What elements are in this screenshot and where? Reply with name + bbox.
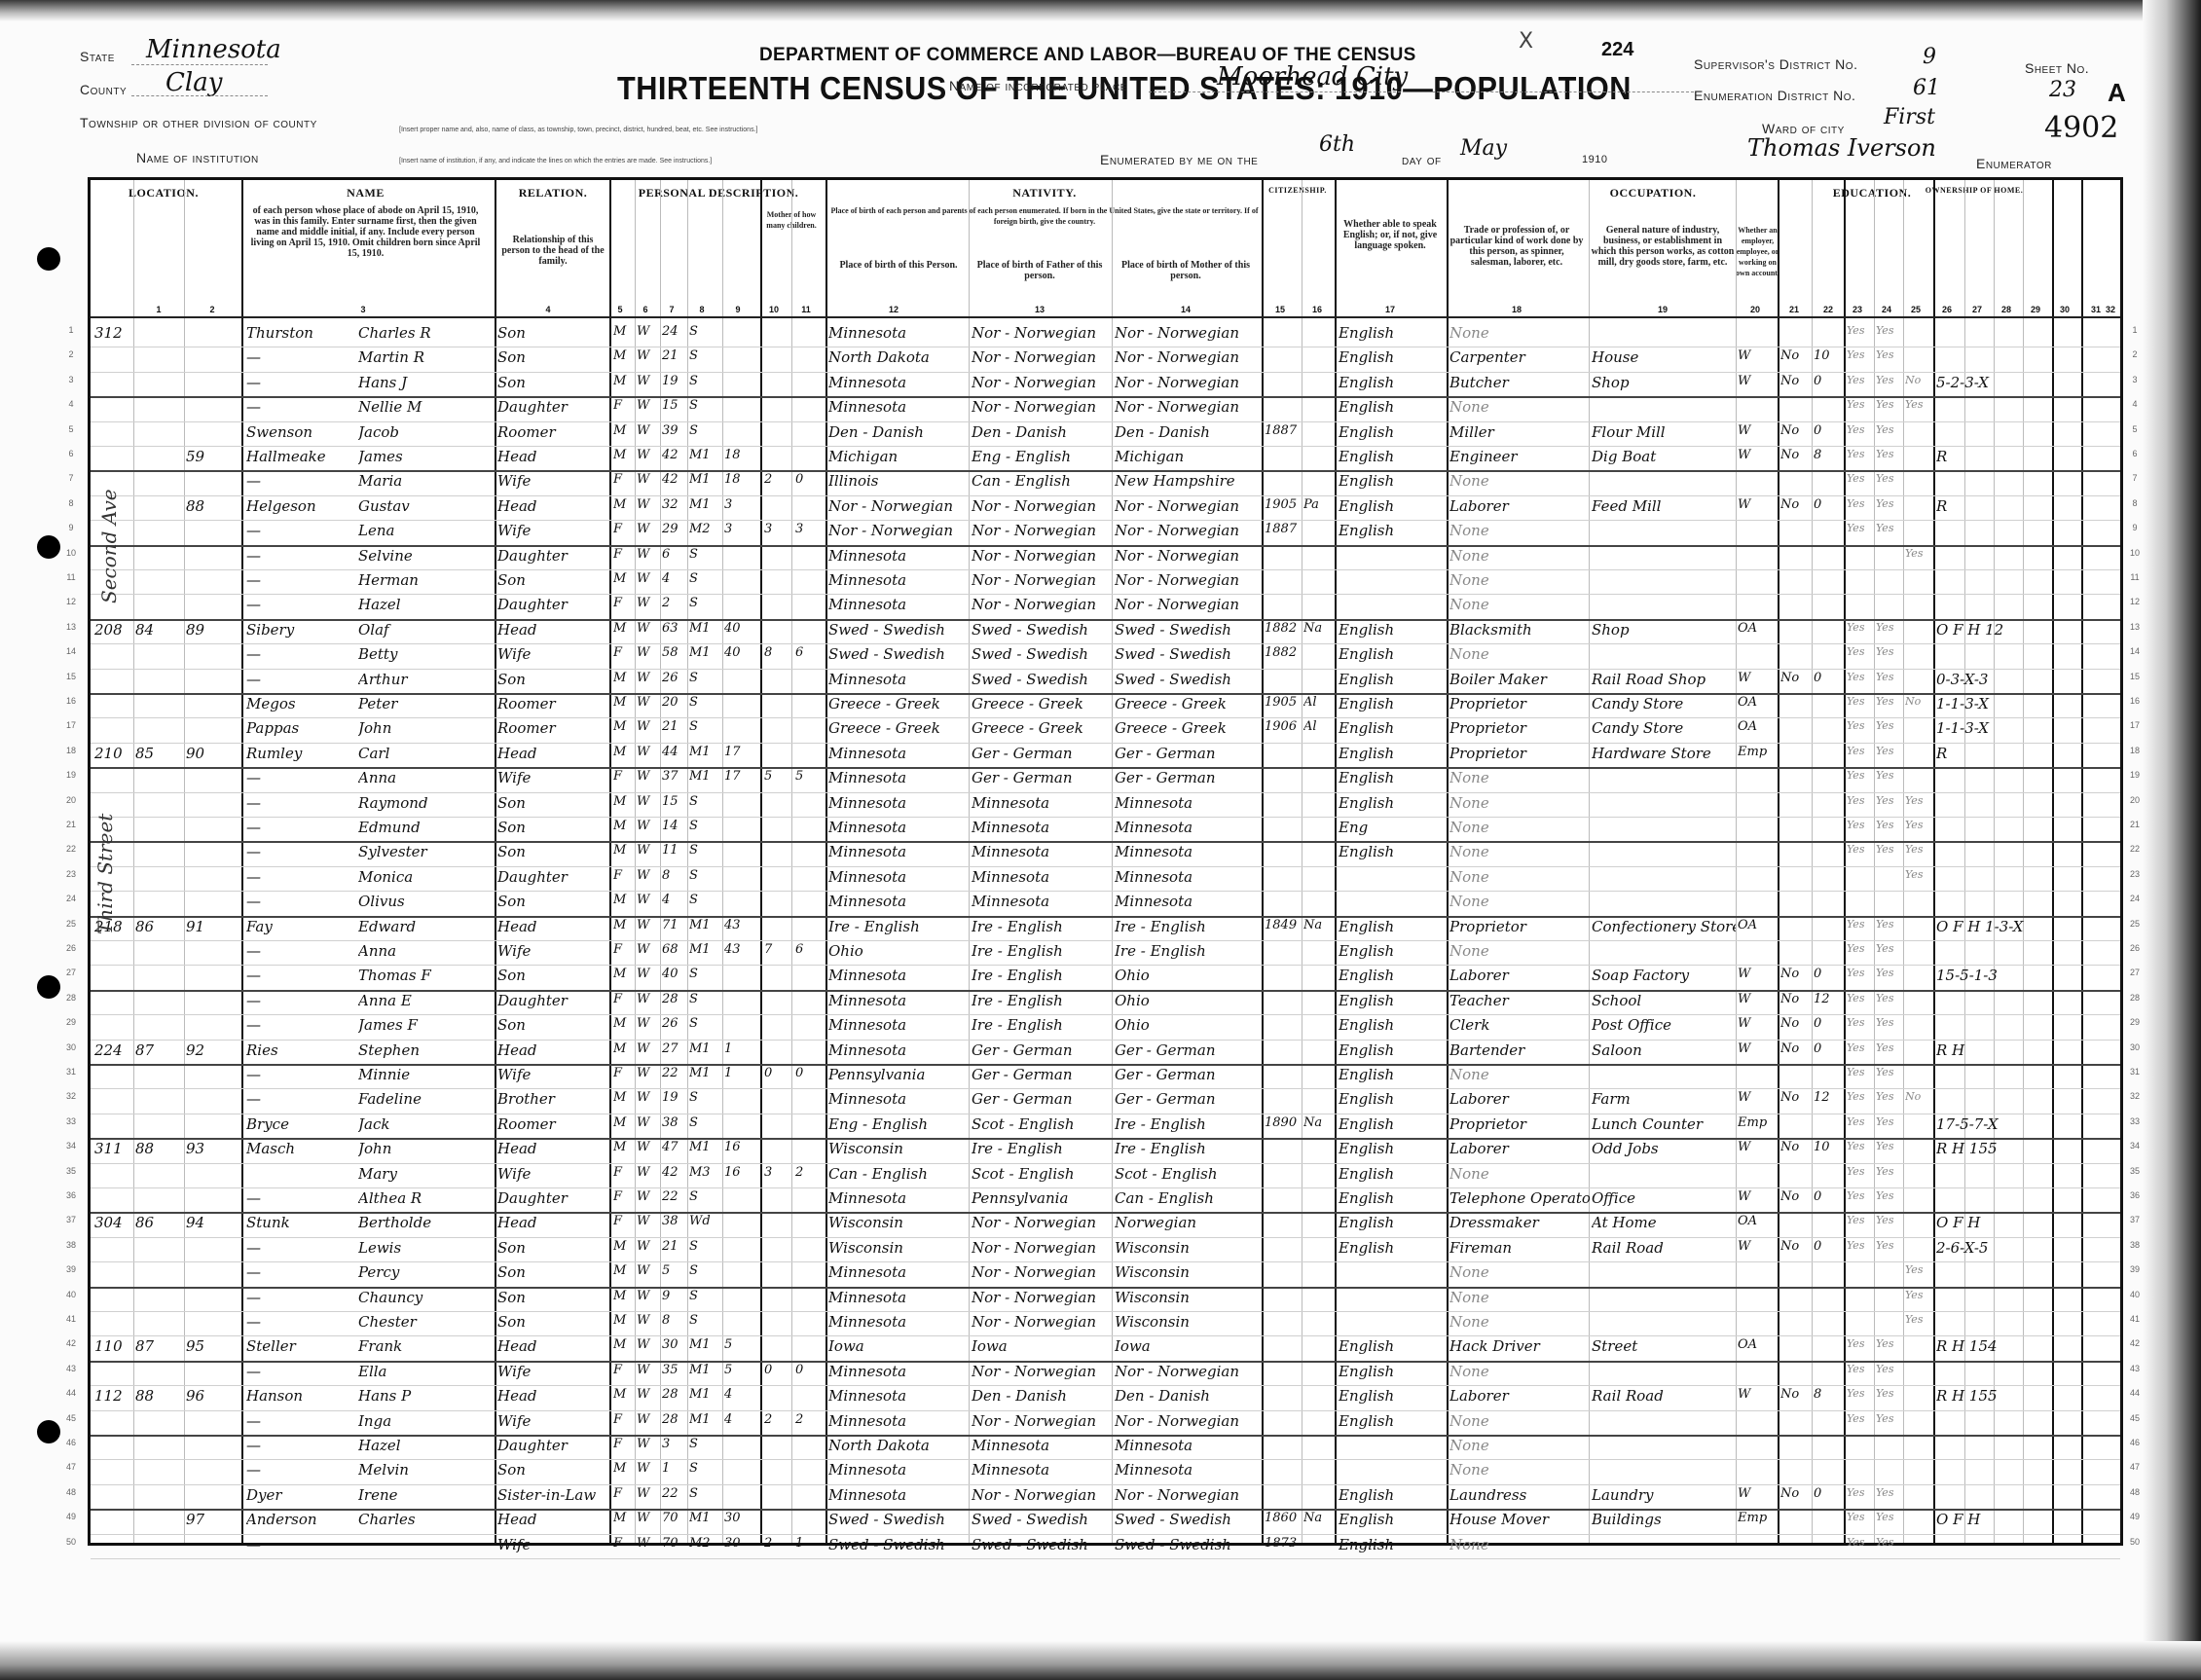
cell-bpm: Den - Danish [1115,423,1261,441]
cell-age: 32 [662,497,687,512]
line-number: 16 [60,696,82,706]
cell-oow: No [1780,1090,1812,1105]
margin-note-street-2: Third Street [93,814,117,934]
cell-surname: Pappas [246,719,358,737]
cell-own: R [1936,497,2043,515]
cell-trade: Bartender [1449,1041,1590,1059]
cell-race: W [637,1412,660,1427]
table-row: —James FSonMW26SMinnesotaIre - EnglishOh… [91,1014,2120,1039]
cell-age: 28 [662,992,687,1006]
cell-bp: Minnesota [828,671,970,688]
line-number: 49 [60,1512,82,1521]
cell-read: Yes [1847,695,1874,708]
language-header: Whether able to speak English; or, if no… [1337,219,1444,251]
table-row: —ChesterSonMW8SMinnesotaNor - NorwegianW… [91,1311,2120,1335]
cell-relation: Son [497,571,609,589]
cell-sex: M [613,324,635,339]
cell-relation: Head [497,1387,609,1405]
cell-bpm: Swed - Swedish [1115,621,1261,639]
table-row: SwensonJacobRoomerMW39SDen - DanishDen -… [91,421,2120,446]
cell-oow: No [1780,1140,1812,1154]
cell-age: 6 [662,547,687,562]
cell-bpf: Minnesota [972,843,1113,860]
cell-marital: S [689,596,722,610]
table-row: —ArthurSonMW26SMinnesotaSwed - SwedishSw… [91,669,2120,693]
cell-relation: Son [497,1016,609,1034]
cell-bp: Eng - English [828,1115,970,1133]
cell-bpf: Pennsylvania [972,1189,1113,1207]
cell-given: Sylvester [358,843,490,860]
table-row: —AnnaWifeFW68M14376OhioIre - EnglishIre … [91,940,2120,965]
line-number: 17 [60,720,82,730]
cell-given: Peter [358,695,490,712]
cell-relation: Daughter [497,547,609,565]
cell-trade: Proprietor [1449,719,1590,737]
cell-marital: S [689,423,722,438]
cell-marital: S [689,1486,722,1501]
cell-surname: Fay [246,918,358,935]
cell-read: Yes [1847,1214,1874,1226]
cell-relation: Wife [497,522,609,539]
cell-imm: 1887 [1265,522,1302,536]
cell-yrs: 4 [724,1387,759,1402]
cell-bpm: Can - English [1115,1189,1261,1207]
cell-marital: M1 [689,1363,722,1377]
cell-own: 0-3-X-3 [1936,671,2043,688]
cell-race: W [637,769,660,784]
cell-bpm: Wisconsin [1115,1289,1261,1306]
cell-marital: S [689,1263,722,1278]
cell-yrs: 40 [724,645,759,660]
cell-house: 304 [94,1214,133,1231]
cell-oow: No [1780,374,1812,388]
table-row: 1128896HansonHans PHeadMW28M14MinnesotaD… [91,1385,2120,1409]
cell-bpf: Nor - Norwegian [972,596,1113,613]
state-value: Minnesota [146,35,281,64]
line-number: 11 [2124,572,2146,582]
cell-given: Chester [358,1313,490,1331]
cell-sex: M [613,571,635,586]
birth-person-header: Place of birth of this Person. [830,260,967,271]
cell-sex: M [613,719,635,734]
column-number: 22 [1818,305,1838,314]
cell-age: 22 [662,1066,687,1080]
census-sheet: State Minnesota County Clay Township or … [0,0,2201,1680]
column-number: 17 [1380,305,1400,314]
cell-emp: W [1738,497,1777,512]
cell-relation: Son [497,1461,609,1479]
cell-own: R H 155 [1936,1387,2043,1405]
cell-surname: Thurston [246,324,358,342]
line-number: 6 [60,449,82,458]
cell-imm: 1882 [1265,645,1302,660]
line-number: 15 [60,672,82,681]
cell-marital: S [689,1461,722,1476]
cell-sex: M [613,695,635,710]
cell-dwelling: 87 [135,1337,184,1355]
cell-trade: Teacher [1449,992,1590,1009]
cell-surname: — [246,893,358,910]
cell-trade: Miller [1449,423,1590,441]
cell-marital: S [689,398,722,413]
cell-race: W [637,596,660,610]
cell-industry: Candy Store [1592,695,1736,712]
line-number: 29 [2124,1017,2146,1027]
cell-lang: English [1339,448,1446,465]
cell-marital: M1 [689,1140,722,1154]
cell-imm: 1882 [1265,621,1302,636]
cell-bpf: Swed - Swedish [972,645,1113,663]
enumerated-month: May [1460,136,1507,161]
cell-bp: Minnesota [828,893,970,910]
cell-house: 210 [94,745,133,762]
cell-sex: F [613,398,635,413]
cell-industry: Office [1592,1189,1736,1207]
cell-age: 44 [662,745,687,759]
table-row: —SylvesterSonMW11SMinnesotaMinnesotaMinn… [91,841,2120,865]
cell-age: 42 [662,448,687,462]
line-number: 20 [2124,795,2146,805]
cell-write: Yes [1876,1041,1903,1054]
section-citizenship: CITIZENSHIP. [1264,186,1332,195]
cell-age: 21 [662,1239,687,1254]
cell-imm: 1906 [1265,719,1302,734]
cell-relation: Wife [497,1412,609,1430]
cell-marital: M1 [689,1066,722,1080]
cell-age: 40 [662,967,687,981]
table-row: 1108795StellerFrankHeadMW30M15IowaIowaIo… [91,1335,2120,1360]
cell-sex: M [613,1313,635,1328]
cell-bp: Wisconsin [828,1214,970,1231]
cell-lang: English [1339,522,1446,539]
line-number: 34 [2124,1141,2146,1150]
line-number: 16 [2124,696,2146,706]
cell-surname: — [246,1239,358,1257]
line-number: 14 [2124,646,2146,656]
cell-yrs: 43 [724,942,759,957]
line-number: 10 [60,548,82,558]
cell-age: 70 [662,1511,687,1525]
cell-read: Yes [1847,621,1874,634]
cell-surname: Anderson [246,1511,358,1528]
cell-sex: F [613,868,635,883]
cell-bpf: Ire - English [972,918,1113,935]
cell-bp: Minnesota [828,1412,970,1430]
cell-sex: M [613,1387,635,1402]
cell-living: 6 [795,942,825,957]
cell-bpf: Nor - Norwegian [972,1289,1113,1306]
cell-family: 96 [186,1387,237,1405]
cell-age: 21 [662,719,687,734]
cell-emp: W [1738,967,1777,981]
line-number: 2 [60,349,82,359]
cell-emp: W [1738,1239,1777,1254]
cell-write: Yes [1876,942,1903,955]
cell-industry: Dig Boat [1592,448,1736,465]
line-number: 19 [2124,770,2146,780]
cell-emp: W [1738,448,1777,462]
cell-race: W [637,1387,660,1402]
cell-bp: Minnesota [828,547,970,565]
cell-marital: S [689,843,722,858]
cell-sex: M [613,1511,635,1525]
cell-industry: Post Office [1592,1016,1736,1034]
cell-bpf: Ire - English [972,992,1113,1009]
cell-emp: W [1738,1189,1777,1204]
cell-bpm: Michigan [1115,448,1261,465]
cell-bp: Minnesota [828,398,970,416]
cell-wks: 12 [1814,992,1843,1006]
relation-column-header: Relationship of this person to the head … [499,235,606,267]
cell-race: W [637,522,660,536]
cell-wks: 0 [1814,1486,1843,1501]
line-number: 15 [2124,672,2146,681]
industry-header: General nature of industry, business, or… [1590,225,1736,268]
cell-relation: Head [497,1337,609,1355]
enumerator-name: Thomas Iverson [1747,134,1936,162]
cell-sex: F [613,1536,635,1551]
cell-nat: Pa [1303,497,1333,512]
cell-industry: Rail Road [1592,1239,1736,1257]
cell-surname: — [246,348,358,366]
cell-write: Yes [1876,719,1903,732]
cell-race: W [637,843,660,858]
cell-bp: Minnesota [828,1387,970,1405]
cell-bp: North Dakota [828,1437,970,1454]
cell-school: No [1905,1090,1932,1103]
county-line [131,95,268,96]
cell-bpm: Nor - Norwegian [1115,1486,1261,1504]
table-row: DyerIreneSister-in-LawFW22SMinnesotaNor … [91,1484,2120,1509]
cell-yrs: 18 [724,448,759,462]
cell-surname: Dyer [246,1486,358,1504]
cell-wks: 10 [1814,348,1843,363]
cell-industry: Lunch Counter [1592,1115,1736,1133]
cell-bpm: Swed - Swedish [1115,671,1261,688]
table-row: —Hans JSonMW19SMinnesotaNor - NorwegianN… [91,372,2120,396]
cell-bpf: Swed - Swedish [972,621,1113,639]
cell-born: 0 [764,1363,793,1377]
cell-read: Yes [1847,1363,1874,1375]
line-number: 28 [60,993,82,1003]
cell-nat: Na [1303,1115,1333,1130]
cell-given: Maria [358,472,490,490]
cell-bpm: Wisconsin [1115,1313,1261,1331]
line-number: 31 [60,1067,82,1077]
cell-lang: English [1339,645,1446,663]
cell-race: W [637,1041,660,1056]
cell-own: 1-1-3-X [1936,695,2043,712]
cell-wks: 0 [1814,967,1843,981]
cell-wks: 0 [1814,1041,1843,1056]
line-number: 7 [60,473,82,483]
cell-yrs: 3 [724,497,759,512]
cell-bpf: Swed - Swedish [972,1536,1113,1553]
cell-trade: None [1449,1289,1590,1306]
cell-bpm: Ger - German [1115,1041,1261,1059]
table-row: —RaymondSonMW15SMinnesotaMinnesotaMinnes… [91,792,2120,817]
cell-age: 4 [662,893,687,907]
cell-trade: None [1449,522,1590,539]
cell-living: 0 [795,1066,825,1080]
cell-trade: None [1449,547,1590,565]
cell-lang: English [1339,942,1446,960]
cell-emp: OA [1738,719,1777,734]
cell-relation: Wife [497,1363,609,1380]
cell-relation: Daughter [497,596,609,613]
cell-bpf: Nor - Norwegian [972,547,1113,565]
cell-industry: Flour Mill [1592,423,1736,441]
cell-bpm: Minnesota [1115,868,1261,886]
cell-family: 90 [186,745,237,762]
cell-lang: English [1339,1412,1446,1430]
line-number: 22 [60,844,82,854]
cell-age: 15 [662,398,687,413]
line-number: 48 [60,1487,82,1497]
table-row: —AnnaWifeFW37M11755MinnesotaGer - German… [91,767,2120,791]
cell-given: John [358,719,490,737]
cell-read: Yes [1847,745,1874,757]
cell-bpf: Den - Danish [972,423,1113,441]
header-divider [91,316,2120,318]
line-number: 8 [2124,498,2146,508]
cell-bp: Minnesota [828,324,970,342]
cell-bpf: Iowa [972,1337,1113,1355]
table-row: —HazelDaughterFW2SMinnesotaNor - Norwegi… [91,594,2120,618]
cell-yrs: 16 [724,1165,759,1180]
cell-age: 22 [662,1486,687,1501]
table-row: 88HelgesonGustavHeadMW32M13Nor - Norwegi… [91,495,2120,520]
cell-surname: Steller [246,1337,358,1355]
cell-emp: W [1738,348,1777,363]
cell-emp: OA [1738,918,1777,932]
cell-trade: Proprietor [1449,1115,1590,1133]
table-row: 3118893MaschJohnHeadMW47M116WisconsinIre… [91,1138,2120,1162]
cell-surname: — [246,1016,358,1034]
cell-surname: Stunk [246,1214,358,1231]
table-row: —Anna EDaughterFW28SMinnesotaIre - Engli… [91,990,2120,1014]
line-number: 23 [60,869,82,879]
line-number: 33 [2124,1116,2146,1126]
cell-write: Yes [1876,992,1903,1004]
cell-bp: Minnesota [828,868,970,886]
line-number: 46 [2124,1438,2146,1447]
incorporated-place-line [1149,91,1694,92]
cell-age: 27 [662,1041,687,1056]
cell-race: W [637,571,660,586]
cell-age: 2 [662,596,687,610]
cell-read: Yes [1847,942,1874,955]
cell-bpf: Scot - English [972,1165,1113,1183]
cell-write: Yes [1876,1536,1903,1549]
cell-lang: English [1339,1041,1446,1059]
table-row: —HermanSonMW4SMinnesotaNor - NorwegianNo… [91,569,2120,594]
cell-sex: F [613,1486,635,1501]
cell-industry: Feed Mill [1592,497,1736,515]
cell-bpm: Scot - English [1115,1165,1261,1183]
cell-bp: Swed - Swedish [828,1536,970,1553]
cell-bpf: Ire - English [972,1016,1113,1034]
cell-write: Yes [1876,374,1903,386]
cell-oow: No [1780,992,1812,1006]
table-row: —MelvinSonMW1SMinnesotaMinnesotaMinnesot… [91,1459,2120,1483]
cell-read: Yes [1847,1536,1874,1549]
cell-marital: S [689,1239,722,1254]
cell-surname: Bryce [246,1115,358,1133]
cell-race: W [637,348,660,363]
cell-age: 42 [662,1165,687,1180]
cell-sex: F [613,1189,635,1204]
cell-bpf: Nor - Norwegian [972,374,1113,391]
cell-race: W [637,472,660,487]
cell-lang: English [1339,1511,1446,1528]
cell-relation: Son [497,1263,609,1281]
line-number: 5 [60,424,82,434]
column-number: 7 [662,305,681,314]
line-number: 18 [60,746,82,755]
binder-hole [37,247,60,271]
cell-read: Yes [1847,645,1874,658]
cell-bp: Minnesota [828,967,970,984]
cell-bpf: Nor - Norwegian [972,1239,1113,1257]
cell-bp: Minnesota [828,596,970,613]
cell-bp: Greece - Greek [828,695,970,712]
cell-surname: Swenson [246,423,358,441]
cell-read: Yes [1847,819,1874,831]
cell-bpf: Nor - Norwegian [972,398,1113,416]
cell-industry: Candy Store [1592,719,1736,737]
margin-note-street-1: Second Ave [97,489,121,603]
cell-age: 28 [662,1387,687,1402]
cell-given: Stephen [358,1041,490,1059]
cell-imm: 1905 [1265,497,1302,512]
cell-yrs: 5 [724,1363,759,1377]
cell-race: W [637,745,660,759]
cell-bp: Swed - Swedish [828,1511,970,1528]
cell-given: Thomas F [358,967,490,984]
cell-surname: — [246,868,358,886]
cell-wks: 8 [1814,1387,1843,1402]
binder-hole [37,975,60,999]
table-row: MegosPeterRoomerMW20SGreece - GreekGreec… [91,693,2120,717]
cell-bpm: Greece - Greek [1115,695,1261,712]
cell-wks: 0 [1814,1239,1843,1254]
cell-lang: English [1339,1387,1446,1405]
cell-lang: English [1339,745,1446,762]
cell-marital: M1 [689,1511,722,1525]
cell-imm: 1905 [1265,695,1302,710]
cell-age: 3 [662,1437,687,1451]
line-number: 28 [2124,993,2146,1003]
sheet-label: Sheet No. [2025,60,2089,76]
cell-school: No [1905,695,1932,708]
cell-given: Nellie M [358,398,490,416]
cell-wks: 0 [1814,374,1843,388]
cell-age: 8 [662,868,687,883]
line-number: 35 [60,1166,82,1176]
cell-surname: Hallmeake [246,448,358,465]
line-number: 47 [60,1462,82,1472]
cell-given: Bertholde [358,1214,490,1231]
cell-lang: Eng [1339,819,1446,836]
cell-lang: English [1339,1337,1446,1355]
cell-emp: W [1738,423,1777,438]
cell-bpm: Nor - Norwegian [1115,374,1261,391]
cell-read: Yes [1847,1189,1874,1202]
cell-write: Yes [1876,497,1903,510]
cell-read: Yes [1847,1511,1874,1523]
line-number: 41 [60,1314,82,1324]
